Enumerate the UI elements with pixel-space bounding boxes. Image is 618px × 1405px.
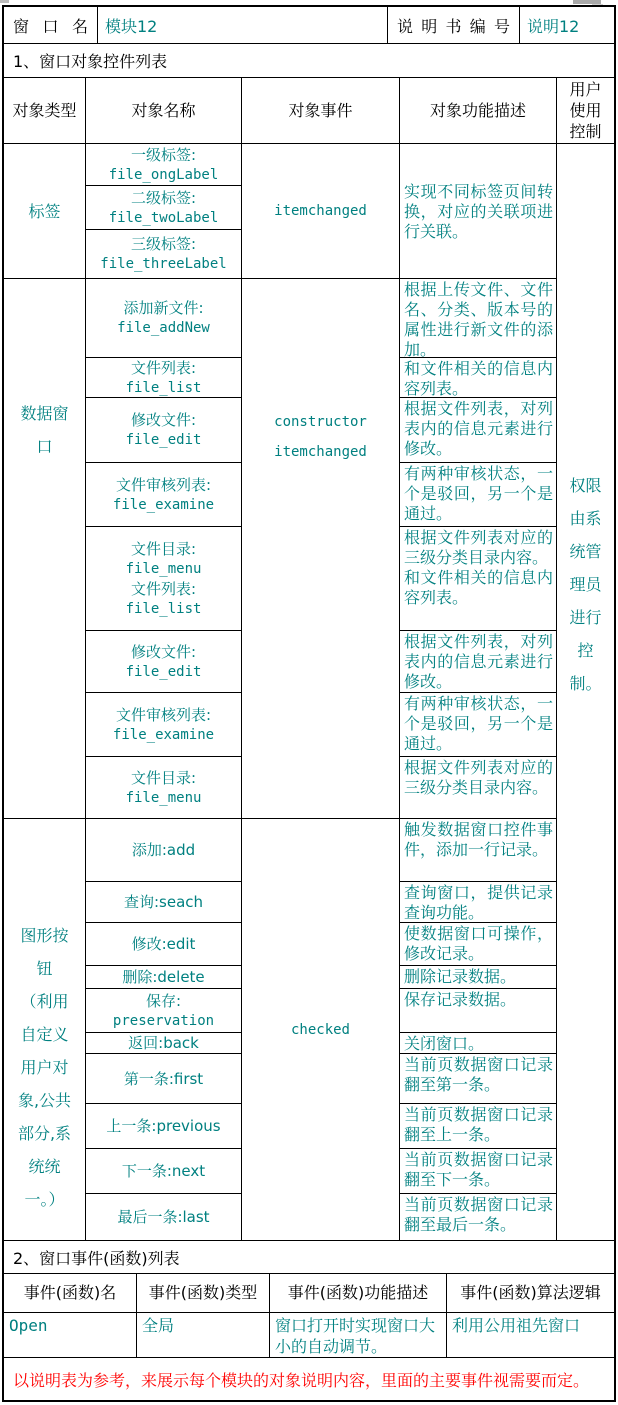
object-desc-cell: 当前页数据窗口记录翻至第一条。: [400, 1054, 556, 1104]
object-name-line: 一级标签:: [131, 145, 196, 165]
window-name-value: 模块12: [98, 7, 388, 43]
object-name-cell: 一级标签:file_ongLabel: [86, 144, 241, 186]
event-name-value: Open: [4, 1313, 137, 1357]
user-control-cell: 权限 由系 统管 理员 进行 控 制。: [557, 144, 614, 1240]
object-desc-column: 实现不同标签页间转换，对应的关联项进行关联。: [400, 144, 557, 278]
title-row: 窗口名 模块12 说明书编号 说明12: [4, 7, 614, 44]
object-name-cell: 查询:seach: [86, 882, 241, 923]
object-desc-column: 根据上传文件、文件名、分类、版本号的属性进行新文件的添加。和文件相关的信息内容列…: [400, 279, 557, 818]
object-name-cell: 下一条:next: [86, 1149, 241, 1194]
object-name-line: 文件审核列表:: [116, 705, 211, 725]
object-name-column: 添加:add查询:seach修改:edit删除:delete保存:preserv…: [86, 819, 242, 1240]
object-name-line: 文件列表:: [131, 358, 196, 378]
object-name-line: file_twoLabel: [109, 208, 219, 228]
object-desc-cell: 根据上传文件、文件名、分类、版本号的属性进行新文件的添加。: [400, 279, 556, 358]
object-name-line: 保存:: [146, 991, 181, 1011]
object-desc-cell: 根据文件列表对应的三级分类目录内容。 和文件相关的信息内容列表。: [400, 527, 556, 631]
object-desc-column: 触发数据窗口控件事件，添加一行记录。查询窗口，提供记录查询功能。使数据窗口可操作…: [400, 819, 557, 1240]
object-name-line: 二级标签:: [131, 188, 196, 208]
header-event-logic: 事件(函数)算法逻辑: [447, 1274, 614, 1312]
object-event-cell: checked: [242, 819, 400, 1240]
object-event-cell: constructoritemchanged: [242, 279, 400, 818]
object-group: 图形按 钮 （利用 自定义 用户对 象,公共 部分,系 统统 一。）添加:add…: [4, 819, 557, 1240]
note-row: 以说明表为参考，来展示每个模块的对象说明内容，里面的主要事件视需要而定。: [4, 1358, 614, 1400]
section1-header-row: 对象类型 对象名称 对象事件 对象功能描述 用户 使用 控制: [4, 78, 614, 144]
object-desc-cell: 有两种审核状态，一个是驳回，另一个是通过。: [400, 693, 556, 757]
object-desc-cell: 根据文件列表，对列表内的信息元素进行修改。: [400, 398, 556, 463]
object-name-cell: 文件审核列表:file_examine: [86, 693, 241, 757]
object-desc-cell: 当前页数据窗口记录翻至下一条。: [400, 1149, 556, 1194]
object-name-cell: 文件审核列表:file_examine: [86, 463, 241, 527]
object-name-cell: 修改:edit: [86, 923, 241, 966]
document-page: { "top": { "window_name_label": "窗口名", "…: [0, 0, 618, 1405]
object-name-line: file_examine: [113, 495, 214, 515]
object-desc-cell: 查询窗口，提供记录查询功能。: [400, 882, 556, 923]
object-name-cell: 修改文件:file_edit: [86, 631, 241, 693]
event-row-open: Open 全局 窗口打开时实现窗口大小的自动调节。 利用公用祖先窗口: [4, 1313, 614, 1358]
object-desc-cell: 删除记录数据。: [400, 966, 556, 989]
object-name-line: file_edit: [126, 662, 202, 682]
object-desc-cell: 保存记录数据。: [400, 989, 556, 1033]
object-event-line: itemchanged: [274, 437, 367, 467]
window-name-label: 窗口名: [4, 7, 98, 43]
spec-number-value: 说明12: [520, 7, 614, 43]
object-name-cell: 添加新文件:file_addNew: [86, 279, 241, 358]
object-desc-cell: 触发数据窗口控件事件，添加一行记录。: [400, 819, 556, 882]
header-user-control: 用户 使用 控制: [557, 78, 614, 143]
object-desc-cell: 当前页数据窗口记录翻至最后一条。: [400, 1194, 556, 1240]
object-name-cell: 返回:back: [86, 1033, 241, 1054]
object-desc-cell: 关闭窗口。: [400, 1033, 556, 1054]
object-desc-cell: 有两种审核状态，一个是驳回，另一个是通过。: [400, 463, 556, 527]
object-name-line: 上一条:previous: [106, 1116, 220, 1136]
object-name-line: 文件目录:: [131, 539, 196, 559]
section1-body: 标签一级标签:file_ongLabel二级标签:file_twoLabel三级…: [4, 144, 614, 1241]
section2-title: 2、窗口事件(函数)列表: [4, 1241, 614, 1274]
screen-artifact: [0, 0, 9, 3]
object-name-cell: 添加:add: [86, 819, 241, 882]
spec-table: 窗口名 模块12 说明书编号 说明12 1、窗口对象控件列表 对象类型 对象名称…: [2, 5, 616, 1402]
event-logic-value: 利用公用祖先窗口: [447, 1313, 614, 1357]
object-groups: 标签一级标签:file_ongLabel二级标签:file_twoLabel三级…: [4, 144, 557, 1240]
object-desc-cell: 根据文件列表，对列表内的信息元素进行修改。: [400, 631, 556, 693]
object-event-cell: itemchanged: [242, 144, 400, 278]
object-name-cell: 文件目录:file_menu文件列表:file_list: [86, 527, 241, 631]
object-name-line: preservation: [113, 1011, 214, 1031]
object-desc-cell: 和文件相关的信息内容列表。: [400, 358, 556, 398]
object-name-line: 删除:delete: [122, 967, 204, 987]
object-desc-cell: 当前页数据窗口记录翻至上一条。: [400, 1104, 556, 1149]
object-name-cell: 文件目录:file_menu: [86, 757, 241, 818]
object-desc-cell: 使数据窗口可操作，修改记录。: [400, 923, 556, 966]
object-name-cell: 最后一条:last: [86, 1194, 241, 1240]
object-name-line: file_menu: [126, 788, 202, 808]
object-name-column: 一级标签:file_ongLabel二级标签:file_twoLabel三级标签…: [86, 144, 242, 278]
object-name-line: 添加新文件:: [123, 298, 203, 318]
object-name-cell: 删除:delete: [86, 966, 241, 989]
object-name-line: file_list: [126, 599, 202, 619]
object-name-line: 修改文件:: [131, 410, 196, 430]
header-object-name: 对象名称: [86, 78, 242, 143]
group-type-cell: 标签: [4, 144, 86, 278]
event-desc-value: 窗口打开时实现窗口大小的自动调节。: [270, 1313, 447, 1357]
object-group: 数据窗 口添加新文件:file_addNew文件列表:file_list修改文件…: [4, 279, 557, 819]
object-name-cell: 文件列表:file_list: [86, 358, 241, 398]
object-name-line: 修改文件:: [131, 642, 196, 662]
object-name-line: file_edit: [126, 430, 202, 450]
note-text: 以说明表为参考，来展示每个模块的对象说明内容，里面的主要事件视需要而定。: [4, 1368, 589, 1391]
header-event-name: 事件(函数)名: [4, 1274, 137, 1312]
section1-title: 1、窗口对象控件列表: [4, 44, 614, 78]
event-type-value: 全局: [137, 1313, 270, 1357]
object-event-line: itemchanged: [274, 196, 367, 226]
object-name-line: 第一条:first: [124, 1069, 203, 1089]
object-name-line: 返回:back: [128, 1033, 199, 1053]
object-name-cell: 二级标签:file_twoLabel: [86, 186, 241, 230]
object-name-line: file_list: [126, 378, 202, 398]
object-event-line: constructor: [274, 407, 367, 437]
object-event-line: checked: [291, 1015, 350, 1045]
object-name-line: 添加:add: [132, 840, 195, 860]
object-name-line: file_menu: [126, 559, 202, 579]
object-name-line: 最后一条:last: [117, 1207, 209, 1227]
group-type-cell: 图形按 钮 （利用 自定义 用户对 象,公共 部分,系 统统 一。）: [4, 819, 86, 1240]
object-name-line: file_addNew: [117, 318, 210, 338]
object-name-line: file_examine: [113, 725, 214, 745]
group-type-cell: 数据窗 口: [4, 279, 86, 818]
object-group: 标签一级标签:file_ongLabel二级标签:file_twoLabel三级…: [4, 144, 557, 279]
object-desc-cell: 实现不同标签页间转换，对应的关联项进行关联。: [400, 144, 556, 278]
object-name-line: 文件列表:: [131, 579, 196, 599]
object-name-cell: 上一条:previous: [86, 1104, 241, 1149]
object-name-line: 文件目录:: [131, 768, 196, 788]
header-object-desc: 对象功能描述: [400, 78, 557, 143]
object-name-line: 文件审核列表:: [116, 475, 211, 495]
object-name-line: 修改:edit: [132, 934, 196, 954]
object-name-line: 查询:seach: [124, 892, 203, 912]
header-object-type: 对象类型: [4, 78, 86, 143]
header-event-type: 事件(函数)类型: [137, 1274, 270, 1312]
object-name-cell: 修改文件:file_edit: [86, 398, 241, 463]
section2-header-row: 事件(函数)名 事件(函数)类型 事件(函数)功能描述 事件(函数)算法逻辑: [4, 1274, 614, 1313]
object-name-cell: 第一条:first: [86, 1054, 241, 1104]
object-name-line: file_threeLabel: [100, 254, 226, 274]
header-object-event: 对象事件: [242, 78, 400, 143]
object-name-line: file_ongLabel: [109, 165, 219, 185]
object-name-line: 下一条:next: [122, 1161, 205, 1181]
object-name-column: 添加新文件:file_addNew文件列表:file_list修改文件:file…: [86, 279, 242, 818]
object-name-cell: 三级标签:file_threeLabel: [86, 230, 241, 278]
object-name-cell: 保存:preservation: [86, 989, 241, 1033]
object-desc-cell: 根据文件列表对应的三级分类目录内容。: [400, 757, 556, 818]
spec-number-label: 说明书编号: [388, 7, 520, 43]
header-event-desc: 事件(函数)功能描述: [270, 1274, 447, 1312]
object-name-line: 三级标签:: [131, 234, 196, 254]
